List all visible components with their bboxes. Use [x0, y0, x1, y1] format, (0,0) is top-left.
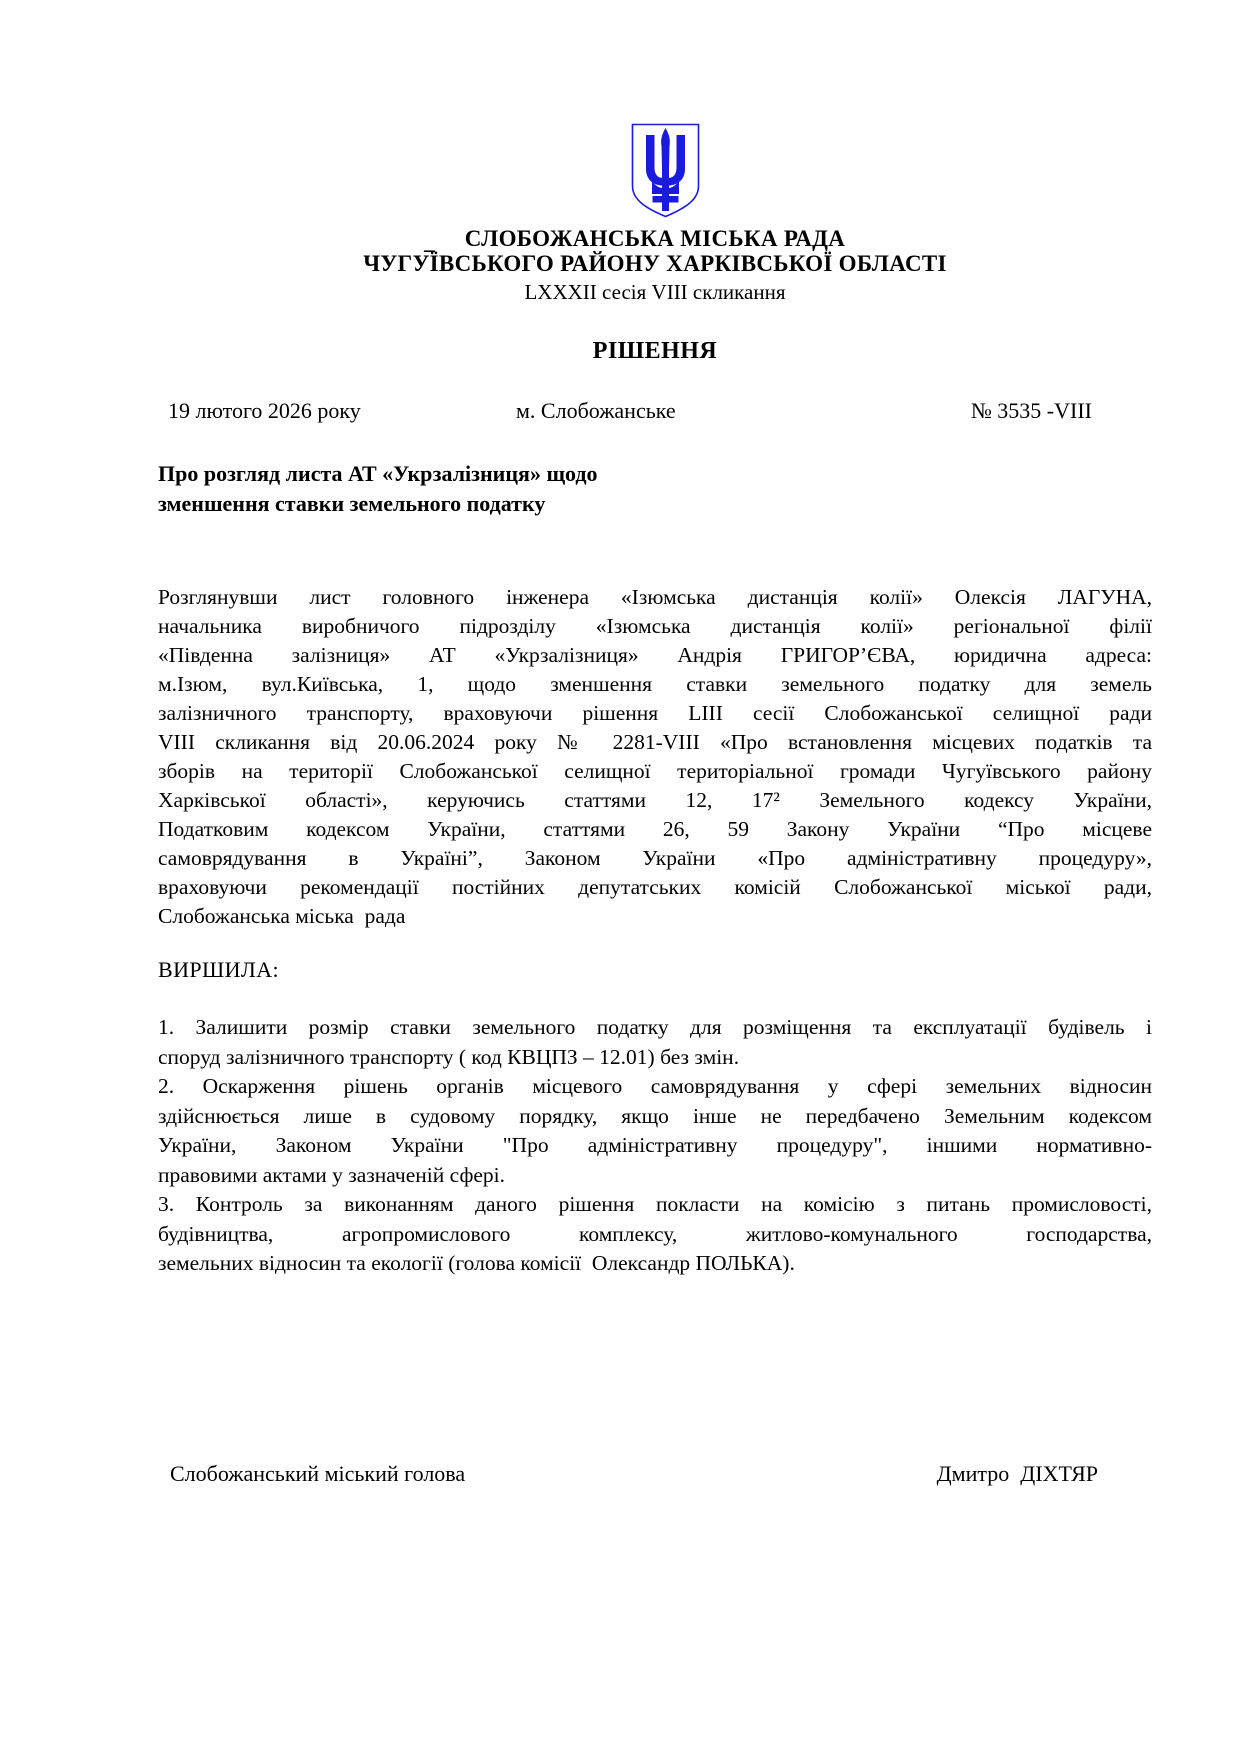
preamble-line: зборів на території Слобожанської селищн… [158, 757, 1152, 786]
item-3-line: земельних відносин та екології (голова к… [158, 1249, 1152, 1279]
doc-subject: Про розгляд листа АТ «Укрзалізниця» щодо… [158, 459, 1152, 519]
item-1-line: 1. Залишити розмір ставки земельного под… [158, 1013, 1152, 1043]
resolution-items: 1. Залишити розмір ставки земельного под… [158, 1013, 1152, 1279]
signature-title: Слобожанський міський голова [170, 1461, 465, 1487]
preamble-line: VIII скликання від 20.06.2024 року № 228… [158, 728, 1152, 757]
subject-line: Про розгляд листа АТ «Укрзалізниця» щодо [158, 459, 1152, 489]
item-2-line: 2. Оскарження рішень органів місцевого с… [158, 1072, 1152, 1102]
item-3-line: будівництва, агропромислового комплексу,… [158, 1220, 1152, 1250]
item-2-line: здійснюється лише в судовому порядку, як… [158, 1102, 1152, 1132]
preamble-line: Харківської області», керуючись статтями… [158, 786, 1152, 815]
council-district: ЧУГУЇВСЬКОГО РАЙОНУ ХАРКІВСЬКОЇ ОБЛАСТІ [158, 251, 1152, 276]
item-1-line: споруд залізничного транспорту ( код КВЦ… [158, 1043, 1152, 1073]
document-page: _ СЛОБОЖАНСЬКА МІСЬКА РАДА ЧУГУЇВСЬКОГО … [0, 0, 1240, 1754]
doc-meta-row: 19 лютого 2026 року м. Слобожанське № 35… [158, 398, 1152, 428]
preamble-line: Податковим кодексом України, статтями 26… [158, 815, 1152, 844]
preamble-line: самоврядування в Україні”, Законом Украї… [158, 844, 1152, 873]
session-line: LXXXII сесія VIII скликання [158, 280, 1152, 304]
preamble-line: м.Ізюм, вул.Київська, 1, щодо зменшення … [158, 670, 1152, 699]
preamble-line: враховуючи рекомендації постійних депута… [158, 873, 1152, 902]
subject-line: зменшення ставки земельного податку [158, 489, 1152, 519]
doc-place: м. Слобожанське [516, 398, 676, 424]
signature-name: Дмитро ДІХТЯР [937, 1461, 1098, 1487]
preamble-line: залізничного транспорту, враховуючи ріше… [158, 699, 1152, 728]
item-2-line: правовими актами у зазначеній сфері. [158, 1161, 1152, 1191]
ukraine-trident-emblem [631, 123, 700, 219]
item-3-line: 3. Контроль за виконанням даного рішення… [158, 1190, 1152, 1220]
preamble-line: начальника виробничого підрозділу «Ізюмс… [158, 612, 1152, 641]
preamble-line: «Південна залізниця» АТ «Укрзалізниця» А… [158, 641, 1152, 670]
document-header: СЛОБОЖАНСЬКА МІСЬКА РАДА ЧУГУЇВСЬКОГО РА… [158, 226, 1152, 304]
doc-number: № 3535 -VIII [971, 398, 1092, 424]
resolution-verb: ВИРШИЛА: [158, 957, 279, 983]
doc-date: 19 лютого 2026 року [168, 398, 361, 424]
preamble-line: Розглянувши лист головного інженера «Ізю… [158, 583, 1152, 612]
item-2-line: України, Законом України "Про адміністра… [158, 1131, 1152, 1161]
preamble-line: Слобожанська міська рада [158, 902, 1152, 931]
preamble-paragraph: Розглянувши лист головного інженера «Ізю… [158, 583, 1152, 931]
council-name: СЛОБОЖАНСЬКА МІСЬКА РАДА [158, 226, 1152, 251]
doc-type-title: РІШЕННЯ [158, 338, 1152, 365]
